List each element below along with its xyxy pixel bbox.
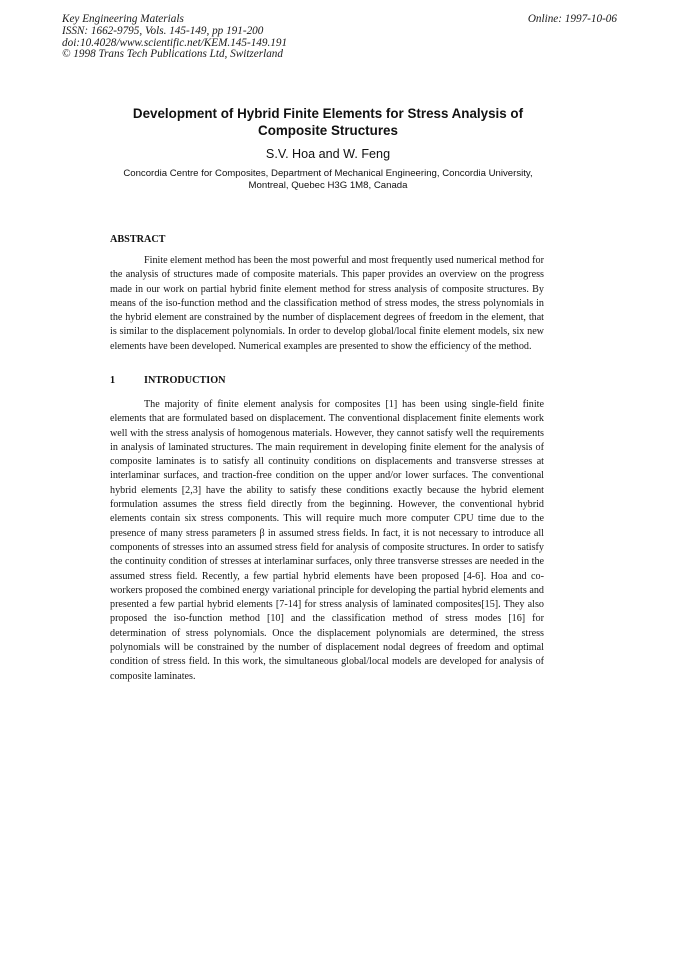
abstract-paragraph: Finite element method has been the most … xyxy=(110,254,544,354)
paper-authors: S.V. Hoa and W. Feng xyxy=(100,146,556,162)
journal-issn-volume: ISSN: 1662-9795, Vols. 145-149, pp 191-2… xyxy=(62,26,287,38)
affiliation-line-2: Montreal, Quebec H3G 1M8, Canada xyxy=(90,180,566,192)
abstract-heading: ABSTRACT xyxy=(110,234,165,246)
paper-title-line-2: Composite Structures xyxy=(100,123,556,140)
introduction-body: The majority of finite element analysis … xyxy=(110,398,544,684)
introduction-paragraph: The majority of finite element analysis … xyxy=(110,398,544,684)
author-affiliation: Concordia Centre for Composites, Departm… xyxy=(90,168,566,193)
journal-copyright: © 1998 Trans Tech Publications Ltd, Swit… xyxy=(62,49,287,61)
section-title: INTRODUCTION xyxy=(144,375,226,386)
journal-citation-header: Key Engineering Materials ISSN: 1662-979… xyxy=(62,14,287,61)
paper-title: Development of Hybrid Finite Elements fo… xyxy=(100,106,556,139)
paper-title-line-1: Development of Hybrid Finite Elements fo… xyxy=(100,106,556,123)
introduction-heading: 1INTRODUCTION xyxy=(110,375,226,387)
abstract-body: Finite element method has been the most … xyxy=(110,254,544,354)
section-number: 1 xyxy=(110,375,144,387)
affiliation-line-1: Concordia Centre for Composites, Departm… xyxy=(90,168,566,180)
online-date: Online: 1997-10-06 xyxy=(528,14,617,26)
